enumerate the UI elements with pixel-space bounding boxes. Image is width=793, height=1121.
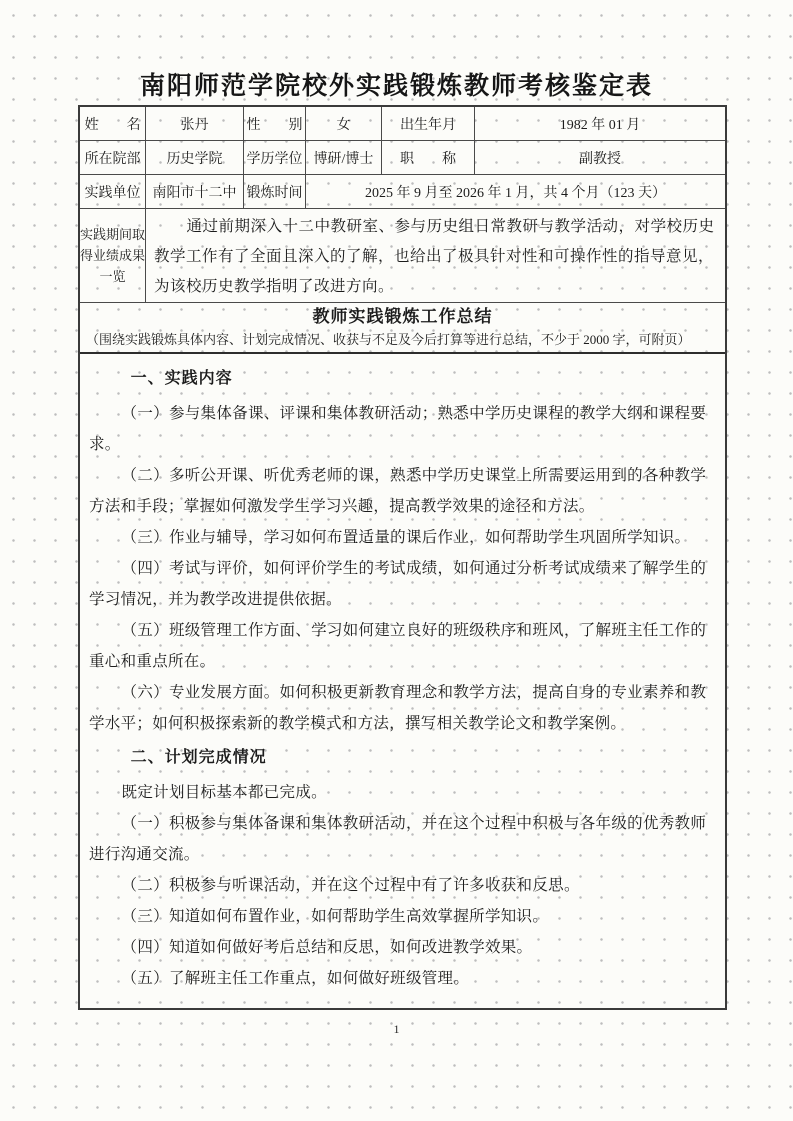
name-label: 姓 名 xyxy=(80,107,146,141)
degree-value: 博研/博士 xyxy=(306,141,382,175)
birth-value: 1982 年 01 月 xyxy=(475,107,725,141)
section1-paragraph: （二）多听公开课、听优秀老师的课，熟悉中学历史课堂上所需要运用到的各种教学方法和… xyxy=(89,460,716,522)
achievements-content: 通过前期深入十二中教研室、参与历史组日常教研与教学活动，对学校历史教学工作有了全… xyxy=(146,209,725,303)
training-time-value: 2025 年 9 月至 2026 年 1 月，共 4 个月（123 天） xyxy=(306,175,725,209)
summary-section: 教师实践锻炼工作总结 （围绕实践锻炼具体内容、计划完成情况、收获与不足及今后打算… xyxy=(80,302,725,1008)
page-title: 南阳师范学院校外实践锻炼教师考核鉴定表 xyxy=(0,66,793,102)
achievements-label: 实践期间取 得业绩成果 一览 xyxy=(80,209,146,303)
section2-paragraph: （二）积极参与听课活动，并在这个过程中有了许多收获和反思。 xyxy=(89,870,716,901)
achievements-row: 实践期间取 得业绩成果 一览 通过前期深入十二中教研室、参与历史组日常教研与教学… xyxy=(80,209,725,302)
scanned-form-sheet: 南阳师范学院校外实践锻炼教师考核鉴定表 姓 名 张丹 性 别 女 出生年月 19… xyxy=(0,0,793,1121)
section1-paragraph: （一）参与集体备课、评课和集体教研活动；熟悉中学历史课程的教学大纲和课程要求。 xyxy=(89,398,716,460)
section2-paragraph: （一）积极参与集体备课和集体教研活动，并在这个过程中积极与各年级的优秀教师进行沟… xyxy=(89,808,716,870)
department-label: 所在院部 xyxy=(80,141,146,175)
section2-title: 二、计划完成情况 xyxy=(89,742,716,773)
name-value: 张丹 xyxy=(146,107,244,141)
achievements-label-line: 得业绩成果 xyxy=(80,245,145,266)
gender-value: 女 xyxy=(306,107,382,141)
summary-body: 一、实践内容 （一）参与集体备课、评课和集体教研活动；熟悉中学历史课程的教学大纲… xyxy=(80,354,725,994)
section1-paragraph: （六）专业发展方面。如何积极更新教育理念和教学方法，提高自身的专业素养和教学水平… xyxy=(89,677,716,739)
section1-title: 一、实践内容 xyxy=(89,363,716,394)
assessment-form-table: 姓 名 张丹 性 别 女 出生年月 1982 年 01 月 所在院部 历史学院 … xyxy=(78,105,727,1010)
achievements-label-line: 一览 xyxy=(99,266,125,287)
jobtitle-value: 副教授 xyxy=(475,141,725,175)
section2-paragraph: （四）知道如何做好考后总结和反思，如何改进教学效果。 xyxy=(89,932,716,963)
jobtitle-label: 职 称 xyxy=(382,141,475,175)
practice-unit-label: 实践单位 xyxy=(80,175,146,209)
degree-label: 学历学位 xyxy=(244,141,306,175)
section1-paragraph: （四）考试与评价，如何评价学生的考试成绩，如何通过分析考试成绩来了解学生的学习情… xyxy=(89,553,716,615)
section2-intro: 既定计划目标基本都已完成。 xyxy=(89,777,716,808)
summary-note: （围绕实践锻炼具体内容、计划完成情况、收获与不足及今后打算等进行总结，不少于 2… xyxy=(80,329,725,354)
practice-unit-value: 南阳市十二中 xyxy=(146,175,244,209)
section1-paragraph: （五）班级管理工作方面、学习如何建立良好的班级秩序和班风，了解班主任工作的重心和… xyxy=(89,615,716,677)
section1-paragraph: （三）作业与辅导，学习如何布置适量的课后作业，如何帮助学生巩固所学知识。 xyxy=(89,522,716,553)
department-value: 历史学院 xyxy=(146,141,244,175)
training-time-label: 锻炼时间 xyxy=(244,175,306,209)
section2-paragraph: （三）知道如何布置作业，如何帮助学生高效掌握所学知识。 xyxy=(89,901,716,932)
birth-label: 出生年月 xyxy=(382,107,475,141)
achievements-label-line: 实践期间取 xyxy=(80,224,145,245)
section2-paragraph: （五）了解班主任工作重点，如何做好班级管理。 xyxy=(89,963,716,994)
summary-header: 教师实践锻炼工作总结 xyxy=(80,302,725,329)
info-table: 姓 名 张丹 性 别 女 出生年月 1982 年 01 月 所在院部 历史学院 … xyxy=(80,107,725,209)
gender-label: 性 别 xyxy=(244,107,306,141)
page-number: 1 xyxy=(0,1022,793,1037)
